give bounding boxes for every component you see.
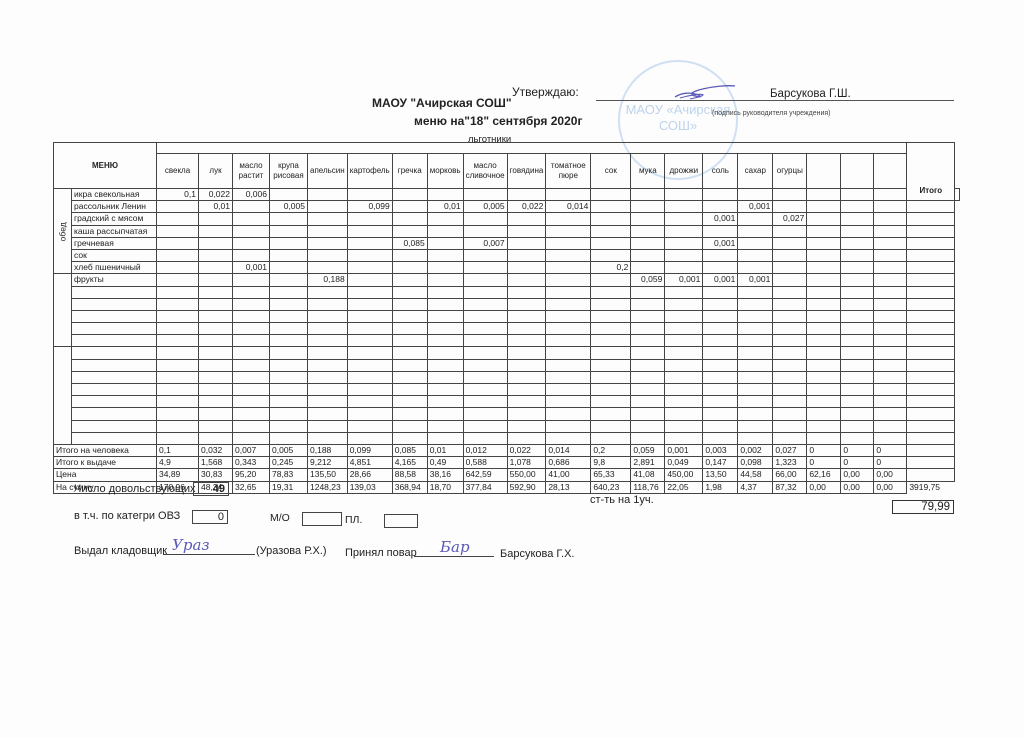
cell bbox=[347, 310, 392, 322]
summary-cell: 2,891 bbox=[631, 457, 665, 469]
cell bbox=[665, 249, 703, 261]
cell bbox=[392, 249, 427, 261]
cell bbox=[807, 384, 841, 396]
summary-cell: 87,32 bbox=[773, 481, 807, 493]
cell bbox=[841, 274, 874, 286]
satisfied-label: Число довольствующих bbox=[74, 483, 196, 495]
cell bbox=[270, 213, 308, 225]
cell bbox=[308, 310, 348, 322]
cell bbox=[703, 225, 738, 237]
summary-cell: 0,007 bbox=[233, 444, 270, 456]
cell bbox=[199, 274, 233, 286]
dish-name bbox=[72, 347, 157, 359]
cell bbox=[546, 384, 591, 396]
cell bbox=[738, 359, 773, 371]
cell bbox=[841, 432, 874, 444]
summary-label: Итого к выдаче bbox=[54, 457, 157, 469]
dish-row: хлеб пшеничный0,0010,2 bbox=[54, 262, 960, 274]
cell bbox=[233, 335, 270, 347]
dish-name: хлеб пшеничный bbox=[72, 262, 157, 274]
cell bbox=[270, 371, 308, 383]
column-header-row: свеклалукмасло раститкрупа рисоваяапельс… bbox=[54, 154, 960, 189]
dish-row: обедикра свекольная0,10,0220,006 bbox=[54, 189, 960, 201]
cell bbox=[546, 408, 591, 420]
cell bbox=[507, 408, 546, 420]
cell bbox=[841, 262, 874, 274]
dish-name bbox=[72, 408, 157, 420]
cell bbox=[874, 384, 907, 396]
summary-total bbox=[907, 469, 955, 481]
cell bbox=[738, 262, 773, 274]
cell bbox=[591, 189, 631, 201]
cell bbox=[199, 420, 233, 432]
cell bbox=[841, 359, 874, 371]
cell bbox=[392, 371, 427, 383]
column-header bbox=[874, 154, 907, 189]
total-cell bbox=[907, 323, 955, 335]
cell bbox=[233, 201, 270, 213]
cell bbox=[463, 396, 507, 408]
column-header: сок bbox=[591, 154, 631, 189]
cell bbox=[874, 323, 907, 335]
cell bbox=[631, 225, 665, 237]
cell bbox=[773, 237, 807, 249]
summary-cell: 0 bbox=[807, 457, 841, 469]
cell bbox=[631, 249, 665, 261]
total-cell bbox=[907, 201, 955, 213]
cell bbox=[546, 335, 591, 347]
summary-cell: 1248,23 bbox=[308, 481, 348, 493]
cell bbox=[157, 310, 199, 322]
column-header: картофель bbox=[347, 154, 392, 189]
pl-label: ПЛ. bbox=[345, 514, 362, 526]
cell bbox=[347, 286, 392, 298]
cell bbox=[874, 335, 907, 347]
cell bbox=[270, 335, 308, 347]
cell bbox=[591, 310, 631, 322]
cell bbox=[347, 359, 392, 371]
total-cell bbox=[907, 359, 955, 371]
dish-name: фрукты bbox=[72, 274, 157, 286]
cell bbox=[347, 262, 392, 274]
cell bbox=[703, 201, 738, 213]
cell bbox=[546, 396, 591, 408]
cell bbox=[157, 274, 199, 286]
cell bbox=[347, 274, 392, 286]
issuer-name: (Уразова Р.Х.) bbox=[256, 545, 327, 557]
cell bbox=[199, 225, 233, 237]
cell bbox=[199, 335, 233, 347]
cell: 0,014 bbox=[546, 201, 591, 213]
summary-cell: 0 bbox=[841, 457, 874, 469]
cell bbox=[308, 201, 348, 213]
cell bbox=[665, 189, 703, 201]
cell: 0,006 bbox=[233, 189, 270, 201]
summary-cell: 0,00 bbox=[874, 469, 907, 481]
cell: 0,001 bbox=[233, 262, 270, 274]
column-header: говядина bbox=[507, 154, 546, 189]
cell bbox=[591, 323, 631, 335]
menu-table: МЕНЮИтогосвеклалукмасло раститкрупа рисо… bbox=[53, 142, 960, 494]
dish-row bbox=[54, 432, 960, 444]
summary-cell: 22,05 bbox=[665, 481, 703, 493]
cell bbox=[773, 420, 807, 432]
cell bbox=[427, 408, 463, 420]
cell bbox=[157, 384, 199, 396]
cell bbox=[703, 420, 738, 432]
summary-cell: 0,014 bbox=[546, 444, 591, 456]
cell bbox=[591, 359, 631, 371]
cell bbox=[631, 384, 665, 396]
cook-signature-line bbox=[414, 556, 494, 557]
cell bbox=[392, 298, 427, 310]
cell: 0,001 bbox=[703, 237, 738, 249]
cell bbox=[270, 225, 308, 237]
cell bbox=[665, 359, 703, 371]
cell bbox=[874, 408, 907, 420]
summary-cell: 0,049 bbox=[665, 457, 703, 469]
cell bbox=[591, 274, 631, 286]
satisfied-count: 49 bbox=[193, 482, 229, 496]
cell bbox=[392, 335, 427, 347]
cell bbox=[703, 249, 738, 261]
cell bbox=[841, 225, 874, 237]
cell bbox=[841, 310, 874, 322]
menu-header: МЕНЮ bbox=[54, 143, 157, 189]
cell bbox=[841, 371, 874, 383]
per-one-label: ст-ть на 1уч. bbox=[590, 494, 654, 506]
summary-cell: 13,50 bbox=[703, 469, 738, 481]
summary-total bbox=[907, 444, 955, 456]
dish-name: гречневая bbox=[72, 237, 157, 249]
cell bbox=[703, 359, 738, 371]
total-cell bbox=[907, 286, 955, 298]
cell bbox=[807, 432, 841, 444]
summary-cell: 0,012 bbox=[463, 444, 507, 456]
column-header bbox=[841, 154, 874, 189]
column-header: соль bbox=[703, 154, 738, 189]
cell bbox=[199, 298, 233, 310]
cell bbox=[463, 408, 507, 420]
summary-cell: 4,9 bbox=[157, 457, 199, 469]
cell bbox=[308, 249, 348, 261]
cell bbox=[427, 432, 463, 444]
cell bbox=[463, 189, 507, 201]
cell bbox=[392, 310, 427, 322]
dish-row: сок bbox=[54, 249, 960, 261]
cell bbox=[841, 420, 874, 432]
cell bbox=[347, 323, 392, 335]
cell bbox=[631, 262, 665, 274]
cell bbox=[773, 249, 807, 261]
cell bbox=[773, 335, 807, 347]
cell bbox=[199, 262, 233, 274]
dish-name: рассольник Ленин bbox=[72, 201, 157, 213]
cell bbox=[308, 286, 348, 298]
cell bbox=[347, 225, 392, 237]
total-cell bbox=[907, 420, 955, 432]
cell bbox=[665, 237, 703, 249]
cell bbox=[631, 213, 665, 225]
cell bbox=[463, 323, 507, 335]
dish-name bbox=[72, 286, 157, 298]
cell bbox=[392, 286, 427, 298]
cell bbox=[665, 201, 703, 213]
cell bbox=[270, 262, 308, 274]
cell bbox=[773, 408, 807, 420]
cell bbox=[157, 396, 199, 408]
cell bbox=[703, 262, 738, 274]
cell bbox=[507, 274, 546, 286]
cell: 0,059 bbox=[631, 274, 665, 286]
cell bbox=[841, 323, 874, 335]
cell bbox=[507, 225, 546, 237]
dish-name bbox=[72, 371, 157, 383]
summary-cell: 640,23 bbox=[591, 481, 631, 493]
cell bbox=[738, 408, 773, 420]
cell bbox=[463, 371, 507, 383]
cell bbox=[631, 359, 665, 371]
total-cell bbox=[907, 310, 955, 322]
cell bbox=[591, 335, 631, 347]
ovz-label: в т.ч. по категри ОВЗ bbox=[74, 510, 180, 522]
dish-row: каша рассыпчатая bbox=[54, 225, 960, 237]
summary-cell: 0,032 bbox=[199, 444, 233, 456]
cell bbox=[199, 384, 233, 396]
cell bbox=[546, 323, 591, 335]
cell bbox=[703, 384, 738, 396]
total-cell bbox=[907, 371, 955, 383]
summary-label: Цена bbox=[54, 469, 157, 481]
total-cell bbox=[907, 262, 955, 274]
cell bbox=[665, 408, 703, 420]
cell bbox=[199, 408, 233, 420]
cell bbox=[807, 347, 841, 359]
column-header: крупа рисовая bbox=[270, 154, 308, 189]
cell: 0,005 bbox=[270, 201, 308, 213]
cell bbox=[392, 201, 427, 213]
cell bbox=[703, 310, 738, 322]
cell bbox=[308, 432, 348, 444]
dish-row bbox=[54, 310, 960, 322]
total-cell bbox=[907, 432, 955, 444]
cell bbox=[233, 347, 270, 359]
cell bbox=[392, 274, 427, 286]
dish-name bbox=[72, 323, 157, 335]
cell: 0,005 bbox=[463, 201, 507, 213]
cell bbox=[773, 189, 807, 201]
dish-name: каша рассыпчатая bbox=[72, 225, 157, 237]
approve-label: Утверждаю: bbox=[512, 85, 579, 99]
dish-row: фрукты0,1880,0590,0010,0010,001 bbox=[54, 274, 960, 286]
cell bbox=[807, 408, 841, 420]
summary-cell: 28,13 bbox=[546, 481, 591, 493]
cell bbox=[233, 286, 270, 298]
summary-row: Итого на человека0,10,0320,0070,0050,188… bbox=[54, 444, 960, 456]
summary-cell: 65,33 bbox=[591, 469, 631, 481]
summary-cell: 62,16 bbox=[807, 469, 841, 481]
cell bbox=[270, 408, 308, 420]
cell bbox=[665, 310, 703, 322]
cell bbox=[507, 432, 546, 444]
summary-cell: 9,212 bbox=[308, 457, 348, 469]
cell bbox=[773, 384, 807, 396]
summary-total: 3919,75 bbox=[907, 481, 955, 493]
total-cell bbox=[907, 335, 955, 347]
cell bbox=[157, 237, 199, 249]
cell bbox=[347, 237, 392, 249]
cell bbox=[546, 262, 591, 274]
cell bbox=[233, 323, 270, 335]
dish-row bbox=[54, 323, 960, 335]
cell bbox=[874, 213, 907, 225]
cell bbox=[427, 371, 463, 383]
cell bbox=[427, 262, 463, 274]
cell bbox=[270, 274, 308, 286]
cell bbox=[665, 432, 703, 444]
cell bbox=[308, 237, 348, 249]
cell bbox=[874, 432, 907, 444]
cell bbox=[392, 213, 427, 225]
mo-value bbox=[302, 512, 342, 526]
dish-row bbox=[54, 408, 960, 420]
cell bbox=[874, 274, 907, 286]
cell bbox=[233, 408, 270, 420]
cell bbox=[591, 249, 631, 261]
cell bbox=[591, 396, 631, 408]
cell bbox=[427, 249, 463, 261]
cell bbox=[308, 323, 348, 335]
signature-hint: (подпись руководителя учреждения) bbox=[712, 110, 830, 117]
cell bbox=[738, 335, 773, 347]
cell bbox=[463, 213, 507, 225]
dish-name bbox=[72, 359, 157, 371]
cell bbox=[507, 384, 546, 396]
cell bbox=[347, 432, 392, 444]
cell bbox=[199, 347, 233, 359]
issuer-signature-line bbox=[163, 554, 255, 555]
cell: 0,188 bbox=[308, 274, 348, 286]
column-header: масло сливочное bbox=[463, 154, 507, 189]
cell bbox=[507, 298, 546, 310]
cell bbox=[703, 298, 738, 310]
cell bbox=[807, 237, 841, 249]
meal-group bbox=[54, 274, 72, 347]
cell bbox=[738, 213, 773, 225]
cell: 0,01 bbox=[199, 201, 233, 213]
cell bbox=[347, 213, 392, 225]
cell bbox=[591, 408, 631, 420]
received-label: Принял повар bbox=[345, 547, 417, 559]
cell bbox=[631, 420, 665, 432]
cell bbox=[874, 420, 907, 432]
cell bbox=[157, 420, 199, 432]
cell: 0,001 bbox=[738, 201, 773, 213]
cell bbox=[199, 432, 233, 444]
cell bbox=[463, 310, 507, 322]
cell bbox=[874, 359, 907, 371]
cell bbox=[807, 396, 841, 408]
cell: 0,1 bbox=[157, 189, 199, 201]
cell bbox=[392, 384, 427, 396]
cell bbox=[507, 310, 546, 322]
summary-cell: 0,2 bbox=[591, 444, 631, 456]
cell bbox=[738, 384, 773, 396]
cell bbox=[631, 286, 665, 298]
cell bbox=[308, 335, 348, 347]
cell bbox=[703, 396, 738, 408]
cell bbox=[507, 335, 546, 347]
approver-name: Барсукова Г.Ш. bbox=[770, 88, 851, 100]
cell bbox=[703, 432, 738, 444]
cell bbox=[807, 201, 841, 213]
cell bbox=[308, 359, 348, 371]
cell bbox=[347, 347, 392, 359]
dish-name bbox=[72, 432, 157, 444]
cell bbox=[807, 420, 841, 432]
column-header: лук bbox=[199, 154, 233, 189]
cell bbox=[507, 237, 546, 249]
cell bbox=[233, 359, 270, 371]
cell bbox=[591, 213, 631, 225]
cell bbox=[703, 323, 738, 335]
cell bbox=[665, 323, 703, 335]
cell bbox=[773, 274, 807, 286]
ovz-value: 0 bbox=[192, 510, 228, 524]
summary-cell: 0 bbox=[874, 457, 907, 469]
summary-cell: 0,49 bbox=[427, 457, 463, 469]
summary-cell: 0,059 bbox=[631, 444, 665, 456]
summary-cell: 1,078 bbox=[507, 457, 546, 469]
cell bbox=[233, 249, 270, 261]
cell bbox=[546, 347, 591, 359]
cell bbox=[427, 420, 463, 432]
total-cell bbox=[907, 396, 955, 408]
cell bbox=[665, 213, 703, 225]
cell: 0,007 bbox=[463, 237, 507, 249]
cell bbox=[546, 274, 591, 286]
cell bbox=[591, 225, 631, 237]
cell: 0,001 bbox=[703, 274, 738, 286]
cell bbox=[308, 384, 348, 396]
cell bbox=[233, 237, 270, 249]
summary-cell: 368,94 bbox=[392, 481, 427, 493]
summary-cell: 0,188 bbox=[308, 444, 348, 456]
cell bbox=[270, 384, 308, 396]
total-cell bbox=[907, 213, 955, 225]
cell bbox=[591, 237, 631, 249]
cell bbox=[347, 371, 392, 383]
cell bbox=[841, 396, 874, 408]
cell bbox=[427, 274, 463, 286]
summary-cell: 88,58 bbox=[392, 469, 427, 481]
dish-row bbox=[54, 371, 960, 383]
dish-name bbox=[72, 298, 157, 310]
cell bbox=[546, 189, 591, 201]
issued-label: Выдал кладовщик bbox=[74, 545, 167, 557]
cell bbox=[874, 225, 907, 237]
cell bbox=[507, 323, 546, 335]
cell bbox=[773, 201, 807, 213]
cell bbox=[199, 310, 233, 322]
summary-cell: 78,83 bbox=[270, 469, 308, 481]
meal-label: обед bbox=[54, 189, 72, 274]
summary-cell: 0 bbox=[807, 444, 841, 456]
cell bbox=[773, 310, 807, 322]
cell bbox=[463, 225, 507, 237]
cell bbox=[308, 408, 348, 420]
dish-row bbox=[54, 359, 960, 371]
